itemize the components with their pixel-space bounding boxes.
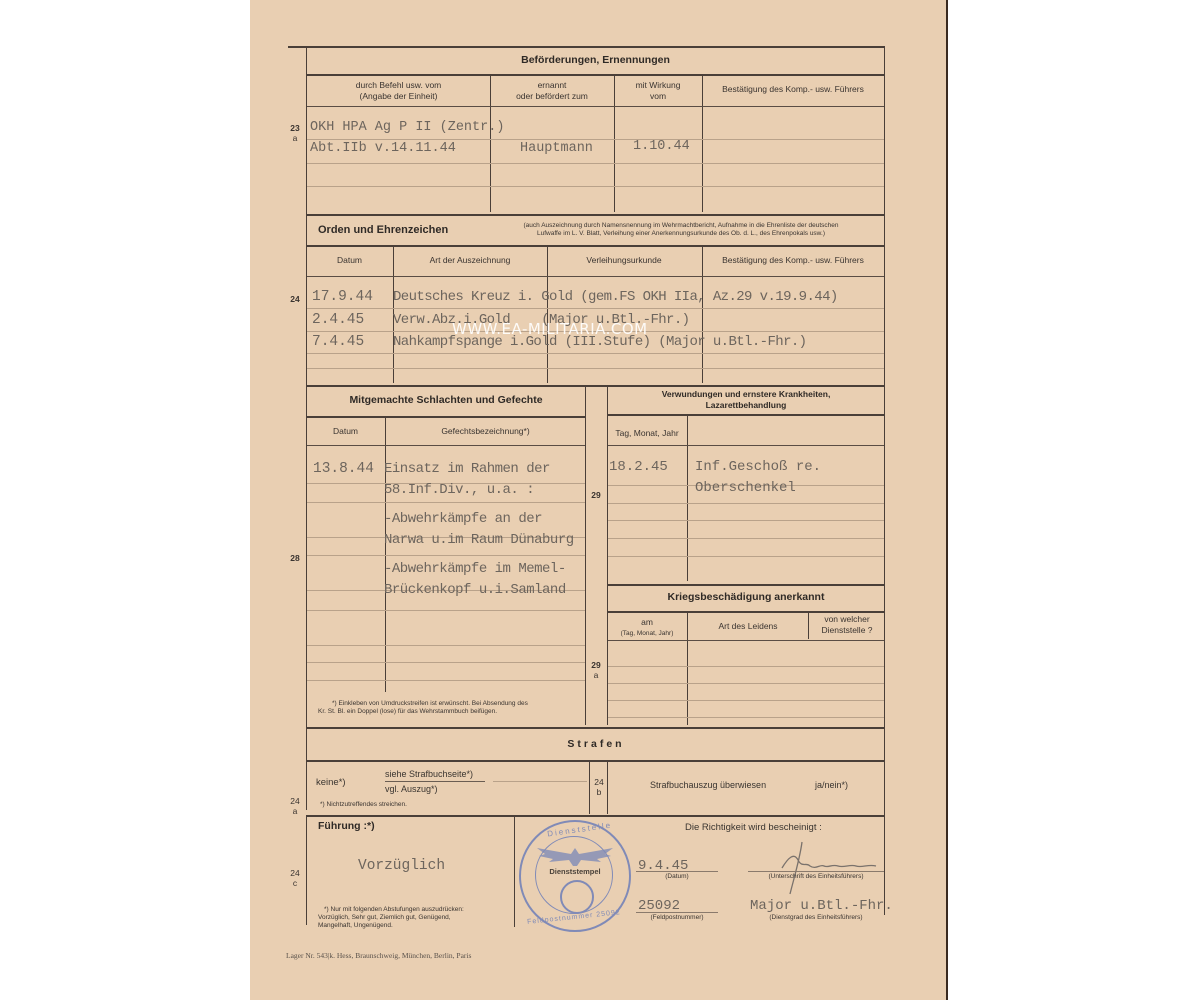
col-label: ernannt (490, 80, 614, 91)
wound-description-line2: Oberschenkel (695, 480, 796, 496)
ruled-line (307, 645, 585, 646)
footnote-line: Kr. St. Bl. ein Doppel (lose) für das We… (318, 708, 580, 716)
battles-right-border (585, 387, 586, 725)
col-label: oder befördert zum (490, 91, 614, 102)
stamp-label: Dienststempel (521, 867, 629, 876)
promotions-title: Beförderungen, Ernennungen (307, 54, 884, 66)
col-label: (Tag, Monat, Jahr) (608, 628, 686, 639)
left-border (306, 815, 307, 925)
row-label-24c: 24 c (286, 868, 304, 888)
signature-label: (Unterschrift des Einheitsführers) (748, 873, 884, 881)
footnote-line: Mangelhaft, Ungenügend. (318, 922, 504, 930)
fill-line (748, 871, 884, 872)
penalties-see-page: siehe Strafbuchseite*) (385, 769, 473, 779)
divider (307, 445, 585, 446)
wound-description-line1: Inf.Geschoß re. (695, 459, 821, 475)
section-divider (307, 815, 885, 817)
row-label-24: 24 (286, 294, 304, 304)
footnote-line: *) Einkleben von Umdruckstreifen ist erw… (318, 700, 580, 708)
row-sub: c (286, 878, 304, 888)
ruled-line (307, 353, 884, 354)
divider (608, 640, 884, 641)
battle-line: Brückenkopf u.i.Samland (384, 582, 566, 598)
ruled-line (307, 139, 884, 140)
col-label: vom (614, 91, 702, 102)
ruled-line (307, 308, 884, 309)
top-border (288, 46, 885, 48)
ruled-line (307, 163, 884, 164)
row-sub: a (286, 133, 304, 143)
divider (608, 611, 884, 613)
footnote-line: Vorzüglich, Sehr gut, Ziemlich gut, Genü… (318, 914, 504, 922)
battles-footnote: *) Einkleben von Umdruckstreifen ist erw… (318, 700, 580, 716)
promotion-rank: Hauptmann (520, 141, 593, 156)
conduct-value: Vorzüglich (358, 858, 445, 874)
divider (608, 445, 884, 446)
col-label: am (608, 617, 686, 628)
penalties-title: Strafen (307, 738, 885, 750)
note-line: (auch Auszeichnung durch Namensnennung i… (478, 222, 884, 230)
col-label: Dienststelle ? (809, 625, 885, 636)
row-number: 24 (286, 868, 304, 878)
note-line: Lufwaffe im L. V. Blatt, Verleihung eine… (478, 230, 884, 238)
ruled-line (608, 538, 884, 539)
section-divider (307, 727, 885, 729)
row-label-24a: 24 a (286, 796, 304, 816)
commander-rank: Major u.Btl.-Fhr. (750, 898, 893, 914)
col-label: Bestätigung des Komp.- usw. Führers (702, 84, 884, 95)
wreath-icon (560, 880, 594, 914)
ruled-line (307, 502, 585, 503)
col-label: durch Befehl usw. vom (307, 80, 490, 91)
row-number: 29 (587, 660, 605, 670)
fpn-label: (Feldpostnummer) (636, 914, 718, 922)
fraction-line (385, 781, 485, 782)
printer-line: Lager Nr. 543|k. Hess, Braunschweig, Mün… (286, 951, 471, 960)
war-disability-col-type: Art des Leidens (688, 621, 808, 632)
conduct-footnote: *) Nur mit folgenden Abstufungen auszudr… (318, 906, 504, 930)
battle-date: 13.8.44 (313, 461, 374, 477)
decorations-col-type: Art der Auszeichnung (393, 255, 547, 266)
signature (772, 838, 882, 898)
penalties-yes-no: ja/nein*) (815, 780, 848, 790)
decorations-col-certificate: Verleihungsurkunde (547, 255, 701, 266)
divider (307, 74, 884, 76)
row-label-28: 28 (286, 553, 304, 563)
decoration-text: Deutsches Kreuz i. Gold (gem.FS OKH IIa,… (393, 289, 838, 305)
promotion-order-line1: OKH HPA Ag P II (Zentr.) (310, 120, 504, 135)
col-divider (490, 76, 491, 212)
battle-line: Narwa u.im Raum Dünaburg (384, 532, 574, 548)
battle-line: -Abwehrkämpfe im Memel- (384, 561, 566, 577)
row-label-24b: 24 b (591, 777, 607, 797)
row-sub: a (587, 670, 605, 680)
ruled-line (608, 683, 884, 684)
ruled-line (608, 503, 884, 504)
col-label: von welcher (809, 614, 885, 625)
ruled-line (307, 368, 884, 369)
title-line: Lazarettbehandlung (608, 400, 884, 411)
title-line: Verwundungen und ernstere Krankheiten, (608, 389, 884, 400)
row-number: 23 (286, 123, 304, 133)
row-label-29: 29 (587, 490, 605, 500)
wound-date: 18.2.45 (609, 459, 668, 475)
ruled-line (608, 556, 884, 557)
decorations-col-confirmation: Bestätigung des Komp.- usw. Führers (702, 255, 884, 266)
battle-line: -Abwehrkämpfe an der (384, 511, 542, 527)
divider (608, 414, 884, 416)
col-divider (607, 762, 608, 814)
col-divider (808, 613, 809, 639)
row-sub: b (591, 787, 607, 797)
conduct-title: Führung :*) (318, 820, 375, 832)
promotion-effective-date: 1.10.44 (633, 139, 690, 154)
col-divider (702, 76, 703, 212)
footnote-line: *) Nur mit folgenden Abstufungen auszudr… (318, 906, 504, 914)
ruled-line (608, 700, 884, 701)
war-disability-col-date: am (Tag, Monat, Jahr) (608, 617, 686, 639)
promotions-col-confirmation: Bestätigung des Komp.- usw. Führers (702, 84, 884, 95)
war-disability-title: Kriegsbeschädigung anerkannt (608, 591, 884, 603)
official-stamp: Dienststempel Dienststelle Feldpostnumme… (519, 820, 631, 932)
row-label-29a: 29 a (587, 660, 605, 680)
battles-title: Mitgemachte Schlachten und Gefechte (307, 394, 585, 406)
certification-heading: Die Richtigkeit wird bescheinigt : (685, 822, 822, 833)
promotions-col-rank: ernannt oder befördert zum (490, 80, 614, 102)
divider (307, 416, 585, 418)
divider (307, 760, 885, 762)
ruled-line (307, 610, 585, 611)
col-divider (702, 247, 703, 383)
battle-line: 58.Inf.Div., u.a. : (384, 482, 534, 498)
fill-line (493, 781, 587, 782)
decorations-col-date: Datum (307, 255, 392, 266)
penalties-footnote: *) Nichtzutreffendes streichen. (320, 801, 407, 809)
promotions-col-effective: mit Wirkung vom (614, 80, 702, 102)
battles-col-name: Gefechtsbezeichnung*) (386, 426, 585, 437)
row-label-23a: 23 a (286, 123, 304, 143)
ruled-line (307, 662, 585, 663)
penalties-extract-transferred: Strafbuchauszug überwiesen (650, 780, 766, 790)
col-divider (514, 817, 515, 927)
battles-col-date: Datum (307, 426, 384, 437)
watermark: WWW.EA-MILITARIA.COM (452, 320, 648, 338)
ruled-line (307, 555, 585, 556)
section-divider (307, 385, 884, 387)
battle-line: Einsatz im Rahmen der (384, 461, 550, 477)
rank-label: (Dienstgrad des Einheitsführers) (748, 914, 884, 922)
promotions-col-order: durch Befehl usw. vom (Angabe der Einhei… (307, 80, 490, 102)
col-divider (614, 76, 615, 212)
col-label: (Angabe der Einheit) (307, 91, 490, 102)
fill-line (636, 871, 718, 872)
decoration-date: 17.9.44 (312, 289, 373, 305)
fill-line (636, 912, 718, 913)
ruled-line (307, 186, 884, 187)
decorations-title: Orden und Ehrenzeichen (318, 224, 448, 236)
decoration-date: 7.4.45 (312, 334, 364, 350)
eagle-icon (535, 844, 615, 866)
ruled-line (608, 520, 884, 521)
col-divider (687, 613, 688, 725)
decoration-date: 2.4.45 (312, 312, 364, 328)
ruled-line (608, 717, 884, 718)
section-divider (307, 214, 884, 216)
war-disability-col-office: von welcher Dienststelle ? (809, 614, 885, 636)
right-border (884, 46, 885, 386)
row-sub: a (286, 806, 304, 816)
penalties-none: keine*) (316, 777, 346, 788)
penalties-see-extract: vgl. Auszug*) (385, 784, 438, 794)
row-number: 24 (286, 796, 304, 806)
divider (307, 276, 884, 277)
wounds-col-date: Tag, Monat, Jahr (608, 428, 686, 439)
promotion-order-line2: Abt.IIb v.14.11.44 (310, 141, 456, 156)
divider (608, 584, 884, 586)
row-number: 24 (591, 777, 607, 787)
date-label: (Datum) (636, 873, 718, 881)
right-border (884, 385, 885, 815)
ruled-line (608, 666, 884, 667)
divider (307, 106, 884, 107)
decorations-note: (auch Auszeichnung durch Namensnennung i… (478, 222, 884, 238)
ruled-line (307, 680, 585, 681)
col-divider (589, 762, 590, 814)
wounds-title: Verwundungen und ernstere Krankheiten, L… (608, 389, 884, 411)
col-label: mit Wirkung (614, 80, 702, 91)
